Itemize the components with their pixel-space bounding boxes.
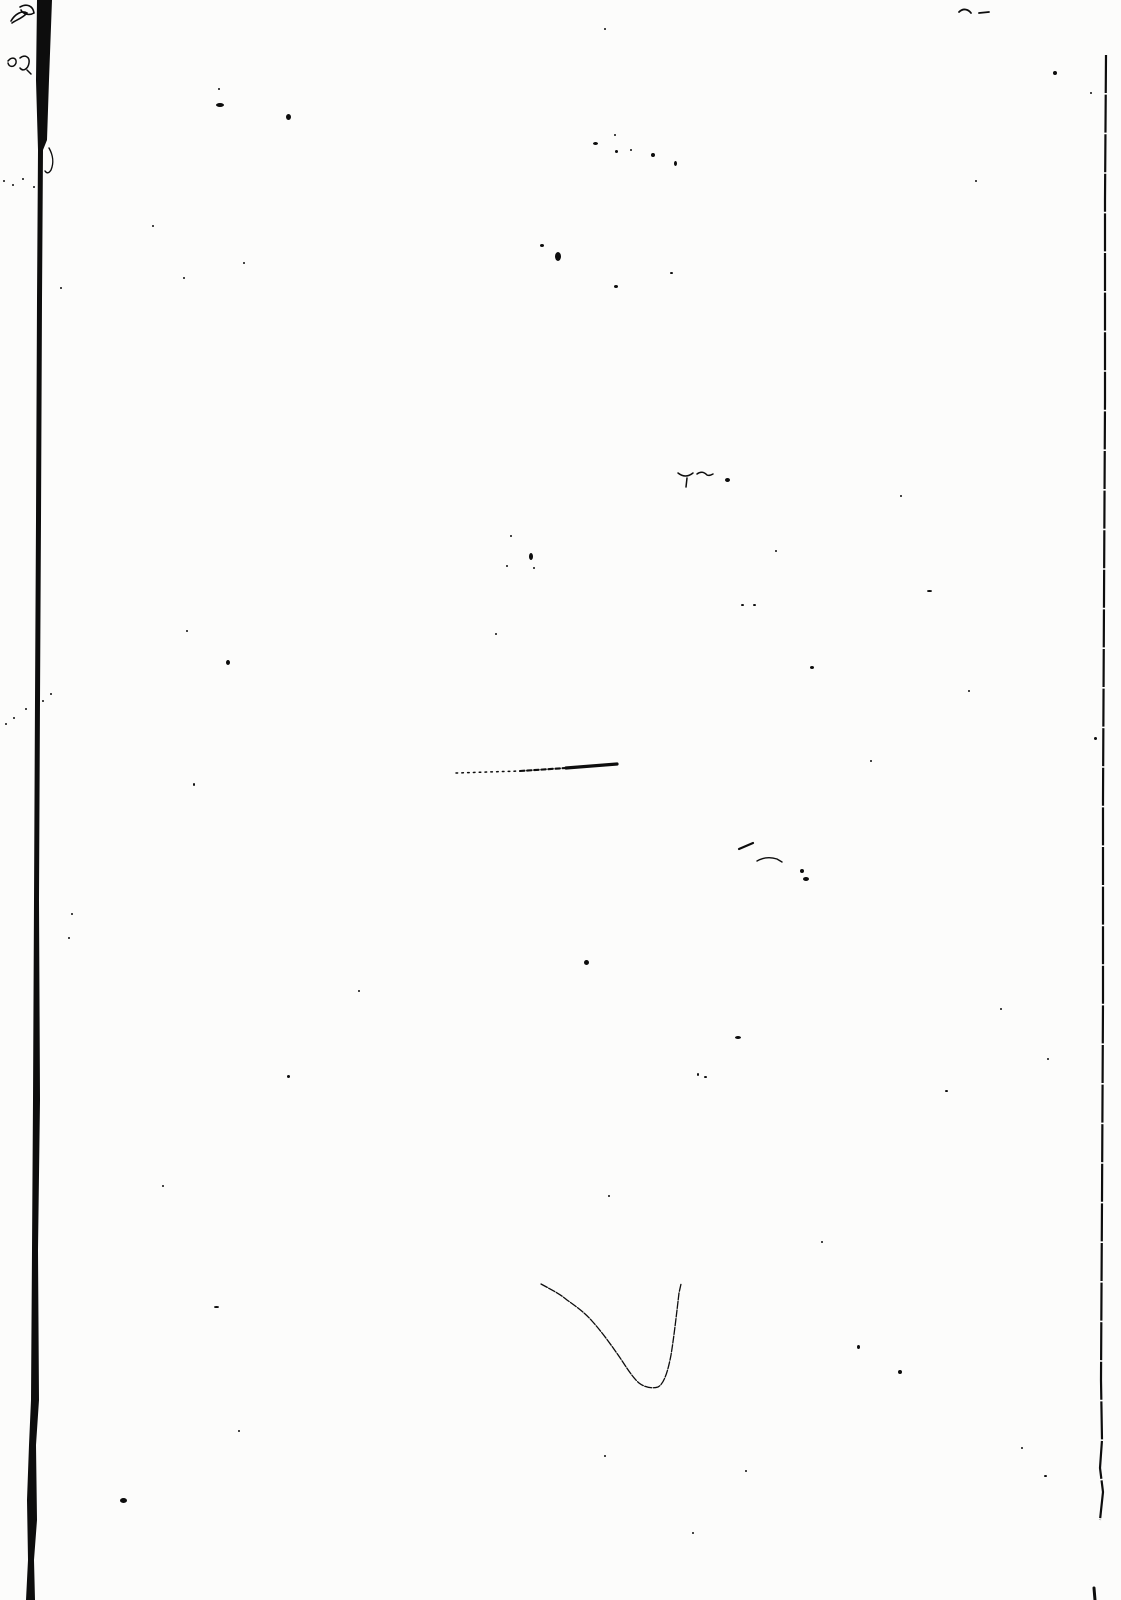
speck <box>725 478 730 482</box>
speck <box>697 1073 699 1076</box>
speck <box>692 1532 694 1534</box>
scribble-mark <box>959 9 989 13</box>
speck <box>71 913 73 915</box>
speck <box>630 149 632 151</box>
speck <box>533 567 535 569</box>
speck <box>753 604 756 606</box>
speck <box>286 114 291 120</box>
scribble-mark <box>739 843 753 849</box>
speck <box>495 633 497 635</box>
speck <box>238 1430 240 1432</box>
speck <box>5 723 7 725</box>
speck <box>226 660 230 665</box>
speck <box>968 690 970 692</box>
dust-specks <box>3 28 1097 1534</box>
scan-artifacts-layer <box>0 0 1121 1600</box>
speck <box>529 553 533 560</box>
speck <box>33 186 35 188</box>
speck <box>183 277 185 279</box>
speck <box>898 1370 902 1374</box>
speck <box>870 760 872 762</box>
pen-stroke-segment <box>456 771 520 773</box>
speck <box>1047 1058 1049 1060</box>
speck <box>615 150 618 153</box>
scribble-mark <box>1094 1588 1095 1600</box>
speck <box>604 28 606 30</box>
speck <box>803 877 809 881</box>
speck <box>745 1470 747 1472</box>
speck <box>555 252 561 261</box>
speck <box>42 700 44 702</box>
speck <box>593 142 598 145</box>
speck <box>604 1455 606 1457</box>
scribble-mark <box>757 858 782 862</box>
corner-scribbles <box>8 5 1095 1600</box>
speck <box>614 134 616 136</box>
speck <box>3 180 5 182</box>
speck <box>540 244 544 247</box>
speck <box>214 1306 219 1308</box>
speck <box>510 535 512 537</box>
speck <box>670 272 673 274</box>
speck <box>50 693 52 695</box>
pen-stroke-segment <box>520 768 566 771</box>
speck <box>608 1195 610 1197</box>
scanned-page <box>0 0 1121 1600</box>
speck <box>900 495 902 497</box>
speck <box>162 1185 164 1187</box>
speck <box>741 604 744 606</box>
speck <box>821 1241 823 1243</box>
speck <box>945 1090 948 1092</box>
speck <box>216 103 224 107</box>
speck <box>614 285 618 288</box>
scribble-mark <box>20 56 31 74</box>
speck <box>60 287 62 289</box>
speck <box>12 184 14 186</box>
speck <box>13 717 15 719</box>
scribble-mark <box>678 472 713 487</box>
speck <box>25 708 27 710</box>
speck <box>651 153 655 157</box>
scribble-mark <box>45 148 53 173</box>
speck <box>704 1076 707 1078</box>
speck <box>120 1498 127 1503</box>
speck <box>1044 1475 1047 1477</box>
speck <box>506 565 508 567</box>
speck <box>1094 737 1097 740</box>
speck <box>152 225 154 227</box>
speck <box>735 1036 741 1039</box>
scribble-mark <box>8 58 16 66</box>
speck <box>1021 1447 1023 1449</box>
left-binding-bar <box>26 0 52 1600</box>
speck <box>927 590 932 592</box>
speck <box>857 1345 860 1349</box>
speck <box>68 937 70 939</box>
speck <box>1090 92 1092 94</box>
speck <box>193 783 195 786</box>
speck <box>1000 1008 1002 1010</box>
speck <box>287 1075 290 1078</box>
page-edge-rule <box>1100 55 1106 1520</box>
pen-stroke-segment <box>566 764 617 768</box>
horizontal-pen-stroke <box>456 764 617 773</box>
speck <box>810 666 814 669</box>
checkmark-stroke <box>541 1284 681 1388</box>
checkmark-pen-stroke <box>541 1284 681 1388</box>
binding-shadow-shape <box>26 0 52 1600</box>
speck <box>800 869 804 873</box>
speck <box>243 262 245 264</box>
speck <box>358 990 360 992</box>
speck <box>775 550 777 552</box>
speck <box>22 178 24 180</box>
speck <box>218 88 220 90</box>
speck <box>674 161 677 166</box>
right-page-edge-line <box>1100 55 1106 1520</box>
speck <box>1053 71 1057 75</box>
speck <box>975 180 977 182</box>
speck <box>186 630 188 632</box>
speck <box>584 960 589 965</box>
